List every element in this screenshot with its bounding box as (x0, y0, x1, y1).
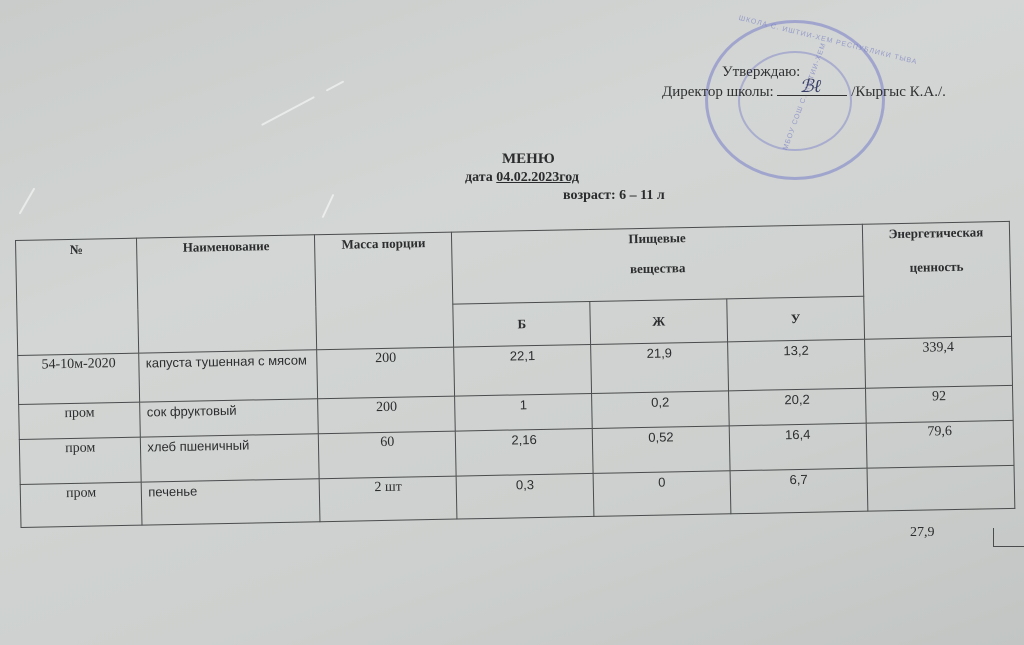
cell-name: сок фруктовый (140, 399, 319, 437)
cell-zh: 21,9 (591, 342, 729, 394)
overflow-cell-border (993, 528, 1024, 547)
col-header-name: Наименование (137, 235, 317, 353)
col-header-zh: Ж (590, 299, 728, 345)
cell-name: хлеб пшеничный (141, 434, 320, 482)
director-name: /Кыргыс К.А./. (851, 84, 946, 100)
approval-label: Утверждаю: (722, 64, 800, 80)
cell-energy: 79,6 (866, 420, 1014, 468)
signature-icon: ℬℓ (799, 76, 821, 97)
cell-mass: 2 шт (320, 476, 458, 522)
menu-table: № Наименование Масса порции Пищевые веще… (15, 221, 1015, 528)
cell-u: 13,2 (728, 339, 866, 391)
cell-zh: 0,52 (592, 426, 730, 474)
date-value: 04.02.2023год (496, 170, 579, 185)
cell-b: 22,1 (454, 344, 592, 396)
cell-b: 1 (455, 393, 592, 431)
cell-b: 2,16 (455, 428, 593, 476)
cell-name: капуста тушенная с мясом (139, 350, 318, 402)
cell-zh: 0 (593, 471, 731, 517)
cell-energy (867, 465, 1015, 511)
col-header-b: Б (453, 301, 591, 347)
energy-line-1: Энергетическая (869, 224, 1004, 243)
signature-line: ℬℓ (777, 95, 847, 96)
menu-date: дата 04.02.2023год (465, 170, 579, 186)
cell-energy: 339,4 (864, 336, 1012, 388)
cell-u: 20,2 (728, 388, 865, 426)
overflow-energy-value: 27,9 (910, 525, 935, 541)
menu-age: возраст: 6 – 11 л (563, 188, 665, 204)
cell-zh: 0,2 (592, 391, 729, 429)
cell-u: 16,4 (729, 423, 867, 471)
glare-mark (322, 194, 335, 218)
cell-mass: 200 (317, 347, 455, 399)
director-label: Директор школы: (662, 84, 774, 100)
cell-b: 0,3 (456, 473, 594, 519)
date-label: дата (465, 170, 493, 185)
cell-no: 54-10м-2020 (18, 353, 140, 404)
approval-line-2: Директор школы: ℬℓ /Кыргыс К.А./. (662, 84, 946, 101)
glare-mark (19, 188, 36, 215)
glare-mark (261, 96, 315, 126)
cell-no: пром (20, 482, 142, 527)
col-header-energy: Энергетическая ценность (862, 221, 1011, 339)
glare-mark (326, 80, 345, 91)
energy-line-2: ценность (869, 258, 1004, 277)
col-header-no: № (16, 238, 140, 355)
cell-no: пром (19, 437, 141, 484)
menu-title: МЕНЮ (502, 151, 555, 168)
cell-name: печенье (142, 479, 321, 525)
nutrients-line-2: вещества (459, 257, 857, 281)
col-header-u: У (727, 296, 865, 342)
col-header-nutrients: Пищевые вещества (452, 224, 864, 304)
cell-mass: 200 (318, 396, 455, 434)
cell-no: пром (19, 402, 141, 439)
cell-u: 6,7 (730, 468, 868, 514)
col-header-mass: Масса порции (315, 232, 454, 350)
approval-line-1: Утверждаю: (722, 64, 800, 81)
nutrients-line-1: Пищевые (458, 227, 856, 251)
cell-energy: 92 (865, 385, 1013, 423)
cell-mass: 60 (319, 431, 457, 479)
